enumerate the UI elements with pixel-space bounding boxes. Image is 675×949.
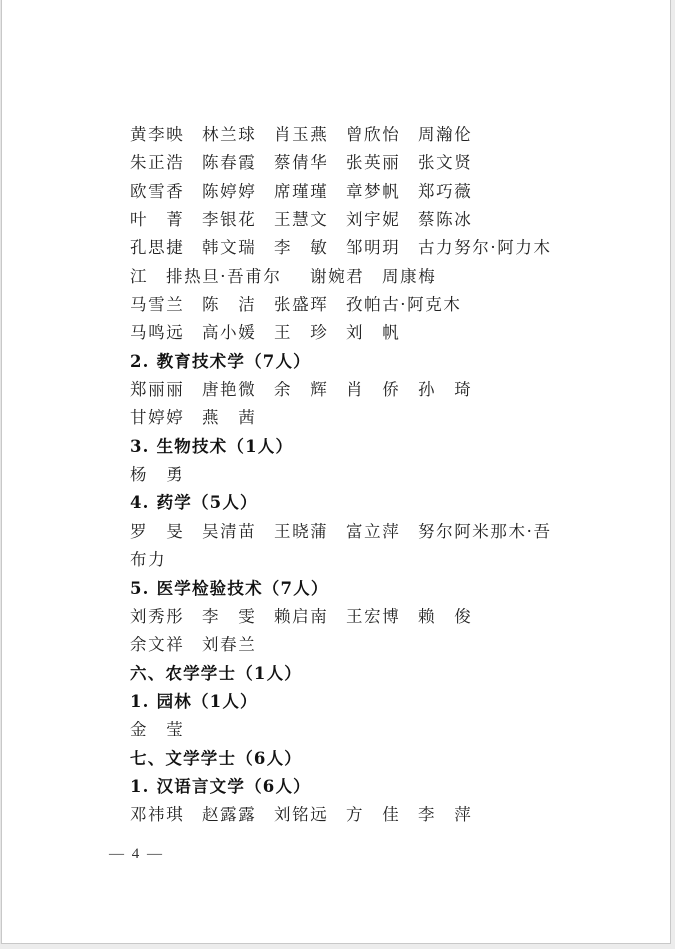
- document-page: 黄李映 林兰球 肖玉燕 曾欣怡 周瀚伦 朱正浩 陈春霞 蔡倩华 张英丽 张文贤 …: [1, 0, 671, 944]
- person-name: 刘 帆: [346, 319, 400, 347]
- person-name: 赖 俊: [418, 603, 472, 631]
- person-name: 金 莹: [130, 716, 184, 744]
- name-row: 余文祥 刘春兰: [130, 631, 560, 659]
- heading-text: 1. 园林（1人）: [130, 692, 258, 711]
- person-name: 马鸣远: [130, 319, 184, 347]
- person-name: 排热旦·吾甫尔: [166, 263, 281, 291]
- person-name: 周康梅: [382, 263, 436, 291]
- name-row: 甘婷婷 燕 茜: [130, 404, 560, 432]
- name-row: 朱正浩 陈春霞 蔡倩华 张英丽 张文贤: [130, 149, 560, 177]
- person-name: 郑丽丽: [130, 376, 184, 404]
- heading-text: 3. 生物技术（1人）: [130, 437, 293, 456]
- name-row: 布力: [130, 546, 560, 574]
- person-name: 孜帕古·阿克木: [346, 291, 461, 319]
- section-heading-agriculture-bachelor: 六、农学学士（1人）: [130, 660, 560, 688]
- person-name: 方 佳: [346, 801, 400, 829]
- person-name: 赖启南: [274, 603, 328, 631]
- person-name: 谢婉君: [310, 263, 364, 291]
- person-name: 张盛珲: [274, 291, 328, 319]
- person-name: 唐艳微: [202, 376, 256, 404]
- person-name: 韩文瑞: [202, 234, 256, 262]
- person-name: 江: [130, 263, 148, 291]
- person-name: 蔡倩华: [274, 149, 328, 177]
- section-heading-arts-bachelor: 七、文学学士（6人）: [130, 745, 560, 773]
- person-name: 古力努尔·阿力木: [418, 234, 552, 262]
- name-row: 孔思捷 韩文瑞 李 敏 邹明玥 古力努尔·阿力木: [130, 234, 560, 262]
- page-content: 黄李映 林兰球 肖玉燕 曾欣怡 周瀚伦 朱正浩 陈春霞 蔡倩华 张英丽 张文贤 …: [130, 121, 560, 830]
- page-shadow-bottom: [0, 944, 675, 949]
- person-name: 刘宇妮: [346, 206, 400, 234]
- person-name: 燕 茜: [202, 404, 256, 432]
- section-heading-medical-lab-technology: 5. 医学检验技术（7人）: [130, 575, 560, 603]
- person-name: 孙 琦: [418, 376, 472, 404]
- person-name: 林兰球: [202, 121, 256, 149]
- name-row: 黄李映 林兰球 肖玉燕 曾欣怡 周瀚伦: [130, 121, 560, 149]
- person-name: 吴清苗: [202, 518, 256, 546]
- name-row: 欧雪香 陈婷婷 席瑾瑾 章梦帆 郑巧薇: [130, 178, 560, 206]
- person-name: 周瀚伦: [418, 121, 472, 149]
- person-name: 王 珍: [274, 319, 328, 347]
- heading-text: 5. 医学检验技术（7人）: [130, 579, 329, 598]
- person-name: 王宏博: [346, 603, 400, 631]
- person-name: 肖 侨: [346, 376, 400, 404]
- person-name: 赵露露: [202, 801, 256, 829]
- person-name: 黄李映: [130, 121, 184, 149]
- person-name: 曾欣怡: [346, 121, 400, 149]
- name-row: 叶 菁 李银花 王慧文 刘宇妮 蔡陈冰: [130, 206, 560, 234]
- person-name: 陈春霞: [202, 149, 256, 177]
- person-name: 余文祥: [130, 631, 184, 659]
- person-name: 李 雯: [202, 603, 256, 631]
- person-name: 罗 旻: [130, 518, 184, 546]
- person-name: 刘秀彤: [130, 603, 184, 631]
- person-name: 邹明玥: [346, 234, 400, 262]
- person-name: 席瑾瑾: [274, 178, 328, 206]
- name-row: 马鸣远 高小媛 王 珍 刘 帆: [130, 319, 560, 347]
- heading-text: 4. 药学（5人）: [130, 493, 258, 512]
- section-heading-pharmacy: 4. 药学（5人）: [130, 489, 560, 517]
- name-row: 邓祎琪 赵露露 刘铭远 方 佳 李 萍: [130, 801, 560, 829]
- section-heading-chinese-literature: 1. 汉语言文学（6人）: [130, 773, 560, 801]
- section-heading-landscape: 1. 园林（1人）: [130, 688, 560, 716]
- person-name: 朱正浩: [130, 149, 184, 177]
- person-name: 李 敏: [274, 234, 328, 262]
- person-name: 杨 勇: [130, 461, 184, 489]
- heading-text: 七、文学学士（6人）: [130, 749, 302, 768]
- person-name: 富立萍: [346, 518, 400, 546]
- person-name: 邓祎琪: [130, 801, 184, 829]
- person-name: 王晓蒲: [274, 518, 328, 546]
- name-row: 刘秀彤 李 雯 赖启南 王宏博 赖 俊: [130, 603, 560, 631]
- person-name: 王慧文: [274, 206, 328, 234]
- person-name: 孔思捷: [130, 234, 184, 262]
- person-name: 布力: [130, 546, 166, 574]
- name-row: 江 排热旦·吾甫尔 谢婉君 周康梅: [130, 263, 560, 291]
- person-name: 甘婷婷: [130, 404, 184, 432]
- person-name: 章梦帆: [346, 178, 400, 206]
- section-heading-biotechnology: 3. 生物技术（1人）: [130, 433, 560, 461]
- name-row: 杨 勇: [130, 461, 560, 489]
- heading-text: 1. 汉语言文学（6人）: [130, 777, 311, 796]
- person-name: 欧雪香: [130, 178, 184, 206]
- person-name: 余 辉: [274, 376, 328, 404]
- heading-text: 六、农学学士（1人）: [130, 664, 302, 683]
- person-name: 肖玉燕: [274, 121, 328, 149]
- person-name: 郑巧薇: [418, 178, 472, 206]
- person-name: 叶 菁: [130, 206, 184, 234]
- section-heading-education-technology: 2. 教育技术学（7人）: [130, 348, 560, 376]
- person-name: 李 萍: [418, 801, 472, 829]
- page-number: — 4 —: [109, 846, 164, 863]
- person-name: 张文贤: [418, 149, 472, 177]
- name-row: 金 莹: [130, 716, 560, 744]
- person-name: 蔡陈冰: [418, 206, 472, 234]
- name-row: 罗 旻 吴清苗 王晓蒲 富立萍 努尔阿米那木·吾: [130, 518, 560, 546]
- person-name: 马雪兰: [130, 291, 184, 319]
- page-shadow-right: [671, 0, 675, 949]
- person-name: 刘春兰: [202, 631, 256, 659]
- name-row: 马雪兰 陈 洁 张盛珲 孜帕古·阿克木: [130, 291, 560, 319]
- name-row: 郑丽丽 唐艳微 余 辉 肖 侨 孙 琦: [130, 376, 560, 404]
- person-name: 陈婷婷: [202, 178, 256, 206]
- person-name: 刘铭远: [274, 801, 328, 829]
- heading-text: 2. 教育技术学（7人）: [130, 352, 311, 371]
- person-name: 张英丽: [346, 149, 400, 177]
- person-name: 李银花: [202, 206, 256, 234]
- person-name: 陈 洁: [202, 291, 256, 319]
- person-name: 高小媛: [202, 319, 256, 347]
- person-name: 努尔阿米那木·吾: [418, 518, 552, 546]
